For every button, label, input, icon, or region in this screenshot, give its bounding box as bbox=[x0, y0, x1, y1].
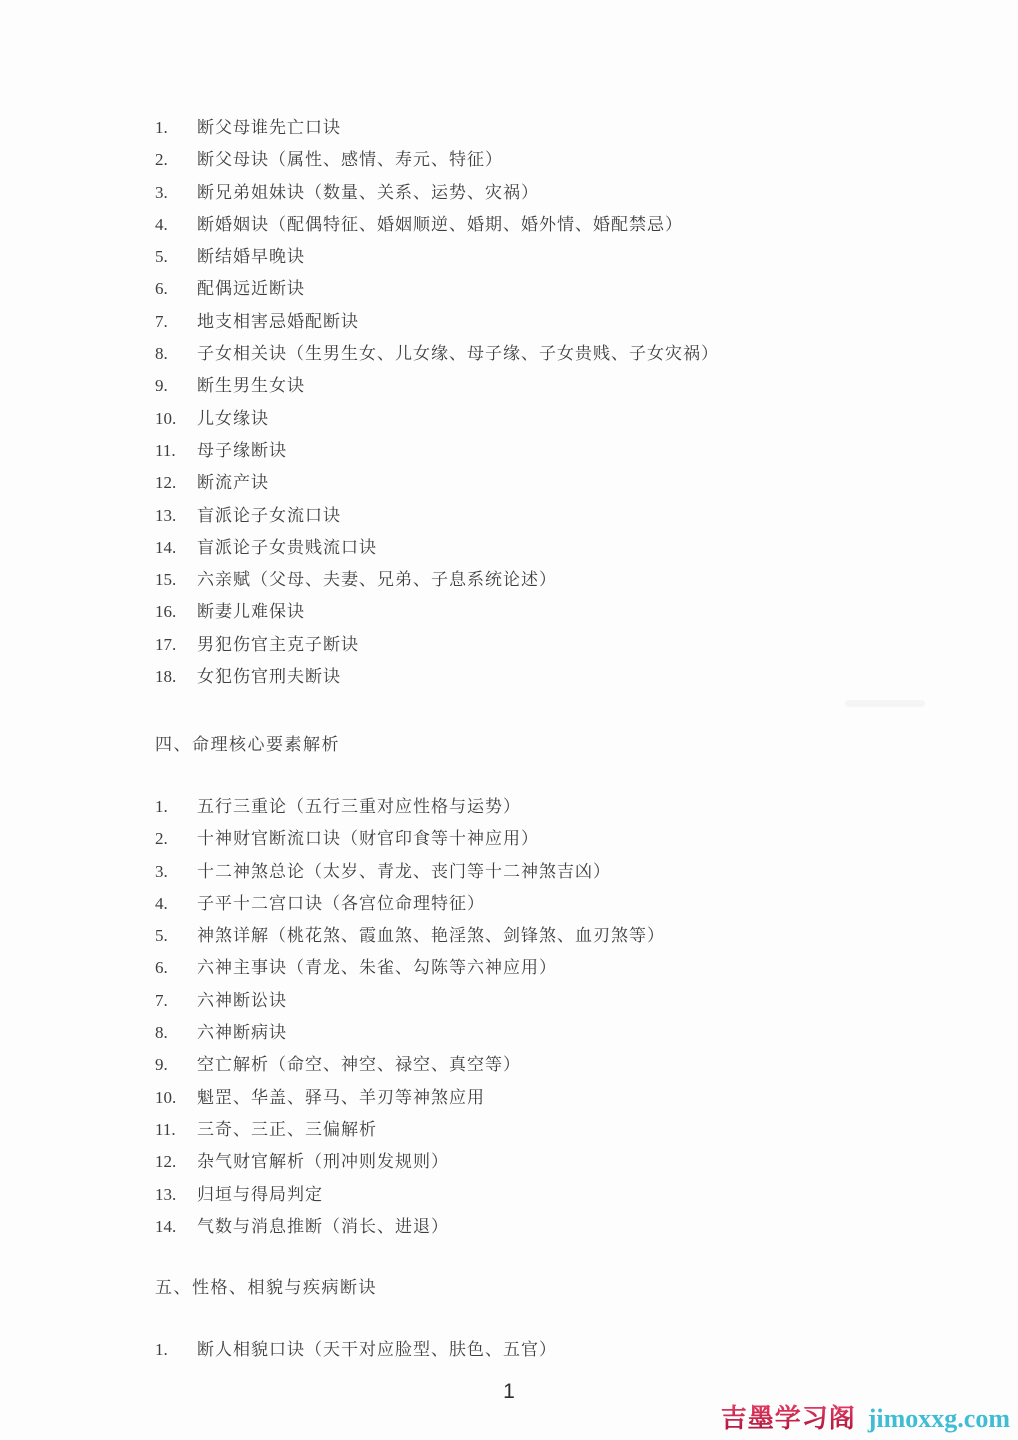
item-text: 盲派论子女流口诀 bbox=[197, 500, 341, 532]
item-text: 断父母诀（属性、感情、寿元、特征） bbox=[197, 144, 503, 176]
item-number: 1. bbox=[155, 791, 197, 823]
item-number: 8. bbox=[155, 338, 197, 370]
section-heading-4: 四、命理核心要素解析 bbox=[155, 729, 340, 761]
toc-item: 8. 六神断病诀 bbox=[155, 1017, 988, 1049]
toc-item: 12. 杂气财官解析（刑冲则发规则） bbox=[155, 1146, 988, 1178]
item-text: 配偶远近断诀 bbox=[197, 273, 305, 305]
toc-item: 15. 六亲赋（父母、夫妻、兄弟、子息系统论述） bbox=[155, 564, 988, 596]
item-text: 断结婚早晚诀 bbox=[197, 241, 305, 273]
item-text: 十神财官断流口诀（财官印食等十神应用） bbox=[197, 823, 539, 855]
item-number: 8. bbox=[155, 1017, 197, 1049]
toc-item: 3. 十二神煞总论（太岁、青龙、丧门等十二神煞吉凶） bbox=[155, 856, 988, 888]
section-heading-5: 五、性格、相貌与疾病断诀 bbox=[155, 1272, 377, 1304]
toc-item: 10. 儿女缘诀 bbox=[155, 403, 988, 435]
item-number: 13. bbox=[155, 500, 197, 532]
item-text: 三奇、三正、三偏解析 bbox=[197, 1114, 377, 1146]
toc-item: 6. 配偶远近断诀 bbox=[155, 273, 988, 305]
item-text: 母子缘断诀 bbox=[197, 435, 287, 467]
item-text: 断婚姻诀（配偶特征、婚姻顺逆、婚期、婚外情、婚配禁忌） bbox=[197, 209, 683, 241]
toc-item: 11. 三奇、三正、三偏解析 bbox=[155, 1114, 988, 1146]
toc-item: 3. 断兄弟姐妹诀（数量、关系、运势、灾祸） bbox=[155, 177, 988, 209]
item-text: 断生男生女诀 bbox=[197, 370, 305, 402]
toc-item: 13. 盲派论子女流口诀 bbox=[155, 500, 988, 532]
item-text: 六神主事诀（青龙、朱雀、勾陈等六神应用） bbox=[197, 952, 557, 984]
item-text: 归垣与得局判定 bbox=[197, 1179, 323, 1211]
toc-item: 2. 断父母诀（属性、感情、寿元、特征） bbox=[155, 144, 988, 176]
item-number: 1. bbox=[155, 1334, 197, 1366]
item-text: 盲派论子女贵贱流口诀 bbox=[197, 532, 377, 564]
item-text: 男犯伤官主克子断诀 bbox=[197, 629, 359, 661]
item-text: 女犯伤官刑夫断诀 bbox=[197, 661, 341, 693]
item-number: 5. bbox=[155, 920, 197, 952]
item-number: 6. bbox=[155, 273, 197, 305]
toc-item: 14. 气数与消息推断（消长、进退） bbox=[155, 1211, 988, 1243]
item-text: 五行三重论（五行三重对应性格与运势） bbox=[197, 791, 521, 823]
item-number: 4. bbox=[155, 888, 197, 920]
item-number: 2. bbox=[155, 823, 197, 855]
item-number: 11. bbox=[155, 1114, 197, 1146]
toc-list-appearance-illness: 1. 断人相貌口诀（天干对应脸型、肤色、五官） bbox=[155, 1334, 988, 1366]
item-number: 12. bbox=[155, 467, 197, 499]
item-number: 1. bbox=[155, 112, 197, 144]
toc-item: 14. 盲派论子女贵贱流口诀 bbox=[155, 532, 988, 564]
item-text: 儿女缘诀 bbox=[197, 403, 269, 435]
toc-item: 1. 断父母谁先亡口诀 bbox=[155, 112, 988, 144]
toc-item: 10. 魁罡、华盖、驿马、羊刃等神煞应用 bbox=[155, 1082, 988, 1114]
item-number: 13. bbox=[155, 1179, 197, 1211]
toc-item: 8. 子女相关诀（生男生女、儿女缘、母子缘、子女贵贱、子女灾祸） bbox=[155, 338, 988, 370]
toc-item: 2. 十神财官断流口诀（财官印食等十神应用） bbox=[155, 823, 988, 855]
item-text: 空亡解析（命空、神空、禄空、真空等） bbox=[197, 1049, 521, 1081]
item-text: 神煞详解（桃花煞、霞血煞、艳淫煞、剑锋煞、血刃煞等） bbox=[197, 920, 665, 952]
toc-list-family-children: 1. 断父母谁先亡口诀 2. 断父母诀（属性、感情、寿元、特征） 3. 断兄弟姐… bbox=[155, 112, 988, 693]
item-number: 7. bbox=[155, 306, 197, 338]
toc-item: 16. 断妻儿难保诀 bbox=[155, 596, 988, 628]
toc-item: 4. 断婚姻诀（配偶特征、婚姻顺逆、婚期、婚外情、婚配禁忌） bbox=[155, 209, 988, 241]
toc-item: 1. 断人相貌口诀（天干对应脸型、肤色、五官） bbox=[155, 1334, 988, 1366]
item-text: 断妻儿难保诀 bbox=[197, 596, 305, 628]
item-number: 9. bbox=[155, 370, 197, 402]
item-number: 17. bbox=[155, 629, 197, 661]
toc-item: 5. 神煞详解（桃花煞、霞血煞、艳淫煞、剑锋煞、血刃煞等） bbox=[155, 920, 988, 952]
item-number: 4. bbox=[155, 209, 197, 241]
item-text: 杂气财官解析（刑冲则发规则） bbox=[197, 1146, 449, 1178]
item-number: 5. bbox=[155, 241, 197, 273]
watermark-site-link[interactable]: jimoxxg.com bbox=[868, 1404, 1010, 1434]
item-number: 12. bbox=[155, 1146, 197, 1178]
item-number: 3. bbox=[155, 856, 197, 888]
toc-item: 7. 六神断讼诀 bbox=[155, 985, 988, 1017]
item-text: 子平十二宫口诀（各宫位命理特征） bbox=[197, 888, 485, 920]
watermark-brand-text: 吉墨学习阁 bbox=[721, 1398, 856, 1435]
item-text: 六神断讼诀 bbox=[197, 985, 287, 1017]
item-text: 六神断病诀 bbox=[197, 1017, 287, 1049]
item-number: 16. bbox=[155, 596, 197, 628]
toc-item: 9. 空亡解析（命空、神空、禄空、真空等） bbox=[155, 1049, 988, 1081]
toc-item: 11. 母子缘断诀 bbox=[155, 435, 988, 467]
item-number: 14. bbox=[155, 532, 197, 564]
item-text: 地支相害忌婚配断诀 bbox=[197, 306, 359, 338]
toc-item: 7. 地支相害忌婚配断诀 bbox=[155, 306, 988, 338]
item-number: 9. bbox=[155, 1049, 197, 1081]
toc-item: 18. 女犯伤官刑夫断诀 bbox=[155, 661, 988, 693]
toc-item: 9. 断生男生女诀 bbox=[155, 370, 988, 402]
item-text: 断兄弟姐妹诀（数量、关系、运势、灾祸） bbox=[197, 177, 539, 209]
item-text: 魁罡、华盖、驿马、羊刃等神煞应用 bbox=[197, 1082, 485, 1114]
scan-artifact bbox=[845, 700, 925, 707]
item-number: 10. bbox=[155, 1082, 197, 1114]
toc-item: 5. 断结婚早晚诀 bbox=[155, 241, 988, 273]
item-text: 子女相关诀（生男生女、儿女缘、母子缘、子女贵贱、子女灾祸） bbox=[197, 338, 719, 370]
item-number: 11. bbox=[155, 435, 197, 467]
item-number: 18. bbox=[155, 661, 197, 693]
toc-item: 1. 五行三重论（五行三重对应性格与运势） bbox=[155, 791, 988, 823]
item-number: 10. bbox=[155, 403, 197, 435]
toc-item: 13. 归垣与得局判定 bbox=[155, 1179, 988, 1211]
item-text: 十二神煞总论（太岁、青龙、丧门等十二神煞吉凶） bbox=[197, 856, 611, 888]
item-text: 断父母谁先亡口诀 bbox=[197, 112, 341, 144]
watermark: 吉墨学习阁 jimoxxg.com bbox=[721, 1398, 1010, 1435]
item-text: 气数与消息推断（消长、进退） bbox=[197, 1211, 449, 1243]
item-number: 6. bbox=[155, 952, 197, 984]
toc-item: 17. 男犯伤官主克子断诀 bbox=[155, 629, 988, 661]
toc-list-core-elements: 1. 五行三重论（五行三重对应性格与运势） 2. 十神财官断流口诀（财官印食等十… bbox=[155, 791, 988, 1243]
toc-item: 4. 子平十二宫口诀（各宫位命理特征） bbox=[155, 888, 988, 920]
item-number: 7. bbox=[155, 985, 197, 1017]
item-text: 断人相貌口诀（天干对应脸型、肤色、五官） bbox=[197, 1334, 557, 1366]
item-text: 六亲赋（父母、夫妻、兄弟、子息系统论述） bbox=[197, 564, 557, 596]
item-text: 断流产诀 bbox=[197, 467, 269, 499]
item-number: 14. bbox=[155, 1211, 197, 1243]
document-page: 1. 断父母谁先亡口诀 2. 断父母诀（属性、感情、寿元、特征） 3. 断兄弟姐… bbox=[0, 0, 1018, 1440]
item-number: 3. bbox=[155, 177, 197, 209]
toc-item: 6. 六神主事诀（青龙、朱雀、勾陈等六神应用） bbox=[155, 952, 988, 984]
item-number: 2. bbox=[155, 144, 197, 176]
toc-item: 12. 断流产诀 bbox=[155, 467, 988, 499]
item-number: 15. bbox=[155, 564, 197, 596]
